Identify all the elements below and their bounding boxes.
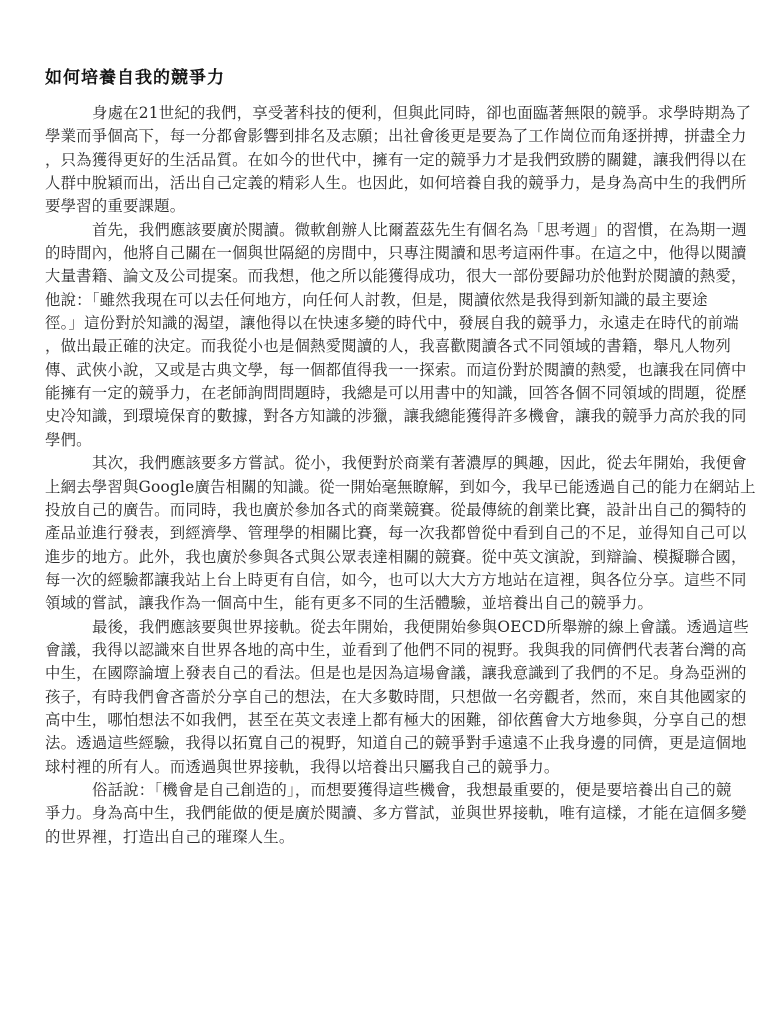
text-line: 史冷知識，到環境保育的數據，對各方知識的涉獵，讓我總能獲得許多機會，讓我的競爭力… (45, 405, 723, 428)
text-line: 上網去學習與Google廣告相關的知識。從一開始毫無瞭解，到如今，我早已能透過自… (45, 476, 723, 499)
document-page: 如何培養自我的競爭力 身處在21世紀的我們，享受著科技的便利，但與此同時，卻也面… (45, 66, 723, 849)
text-line: 學業而爭個高下，每一分都會影響到排名及志願；出社會後更是要為了工作崗位而角逐拼搏… (45, 125, 723, 148)
text-line: ，做出最正確的決定。而我從小也是個熱愛閱讀的人，我喜歡閱讀各式不同領域的書籍，舉… (45, 335, 723, 358)
text-line: 孩子，有時我們會吝嗇於分享自己的想法，在大多數時間，只想做一名旁觀者，然而，來自… (45, 686, 723, 709)
text-line: 中生，在國際論壇上發表自己的看法。但是也是因為這場會議，讓我意識到了我們的不足。… (45, 662, 723, 685)
document-title: 如何培養自我的競爭力 (45, 66, 723, 90)
text-line: 徑。」這份對於知識的渴望，讓他得以在快速多變的時代中，發展自我的競爭力，永遠走在… (45, 312, 723, 335)
text-line: 高中生，哪怕想法不如我們，甚至在英文表達上都有極大的困難，卻依舊會大方地參與，分… (45, 709, 723, 732)
text-line: 的時間內，他將自己關在一個與世隔絕的房間中，只專注閱讀和思考這兩件事。在這之中，… (45, 242, 723, 265)
text-line: 會議，我得以認識來自世界各地的高中生，並看到了他們不同的視野。我與我的同儕們代表… (45, 639, 723, 662)
text-line: 大量書籍、論文及公司提案。而我想，他之所以能獲得成功，很大一部份要歸功於他對於閱… (45, 265, 723, 288)
paragraph-world: 最後，我們應該要與世界接軌。從去年開始，我便開始參與OECD所舉辦的線上會議。透… (45, 616, 723, 779)
text-line: 學們。 (45, 429, 723, 452)
text-line: 其次，我們應該要多方嘗試。從小，我便對於商業有著濃厚的興趣，因此，從去年開始，我… (45, 452, 723, 475)
text-line: 球村裡的所有人。而透過與世界接軌，我得以培養出只屬我自己的競爭力。 (45, 756, 723, 779)
text-line: 他說：「雖然我現在可以去任何地方，向任何人討教，但是，閱讀依然是我得到新知識的最… (45, 289, 723, 312)
text-line: 進步的地方。此外，我也廣於參與各式與公眾表達相關的競賽。從中英文演說，到辯論、模… (45, 546, 723, 569)
text-line: ，只為獲得更好的生活品質。在如今的世代中，擁有一定的競爭力才是我們致勝的關鍵，讓… (45, 149, 723, 172)
text-line: 傳、武俠小說，又或是古典文學，每一個都值得我一一探索。而這份對於閱讀的熱愛，也讓… (45, 359, 723, 382)
text-line: 產品並進行發表，到經濟學、管理學的相關比賽，每一次我都曾從中看到自己的不足，並得… (45, 522, 723, 545)
text-line: 身處在21世紀的我們，享受著科技的便利，但與此同時，卻也面臨著無限的競爭。求學時… (45, 102, 723, 125)
paragraph-reading: 首先，我們應該要廣於閱讀。微軟創辦人比爾蓋茲先生有個名為「思考週」的習慣，在為期… (45, 219, 723, 452)
text-line: 俗話說：「機會是自己創造的」，而想要獲得這些機會，我想最重要的，便是要培養出自己… (45, 779, 723, 802)
paragraph-conclusion: 俗話說：「機會是自己創造的」，而想要獲得這些機會，我想最重要的，便是要培養出自己… (45, 779, 723, 849)
text-line: 能擁有一定的競爭力，在老師詢問問題時，我總是可以用書中的知識，回答各個不同領域的… (45, 382, 723, 405)
text-line: 首先，我們應該要廣於閱讀。微軟創辦人比爾蓋茲先生有個名為「思考週」的習慣，在為期… (45, 219, 723, 242)
text-line: 的世界裡，打造出自己的璀璨人生。 (45, 826, 723, 849)
paragraph-trying: 其次，我們應該要多方嘗試。從小，我便對於商業有著濃厚的興趣，因此，從去年開始，我… (45, 452, 723, 615)
text-line: 領域的嘗試，讓我作為一個高中生，能有更多不同的生活體驗，並培養出自己的競爭力。 (45, 592, 723, 615)
text-line: 法。透過這些經驗，我得以拓寬自己的視野，知道自己的競爭對手遠遠不止我身邊的同儕，… (45, 732, 723, 755)
text-line: 人群中脫穎而出，活出自己定義的精彩人生。也因此，如何培養自我的競爭力，是身為高中… (45, 172, 723, 195)
text-line: 爭力。身為高中生，我們能做的便是廣於閱讀、多方嘗試，並與世界接軌，唯有這樣，才能… (45, 802, 723, 825)
text-line: 最後，我們應該要與世界接軌。從去年開始，我便開始參與OECD所舉辦的線上會議。透… (45, 616, 723, 639)
paragraph-intro: 身處在21世紀的我們，享受著科技的便利，但與此同時，卻也面臨著無限的競爭。求學時… (45, 102, 723, 219)
text-line: 每一次的經驗都讓我站上台上時更有自信，如今，也可以大大方方地站在這裡，與各位分享… (45, 569, 723, 592)
text-line: 投放自己的廣告。而同時，我也廣於參加各式的商業競賽。從最傳統的創業比賽，設計出自… (45, 499, 723, 522)
text-line: 要學習的重要課題。 (45, 195, 723, 218)
